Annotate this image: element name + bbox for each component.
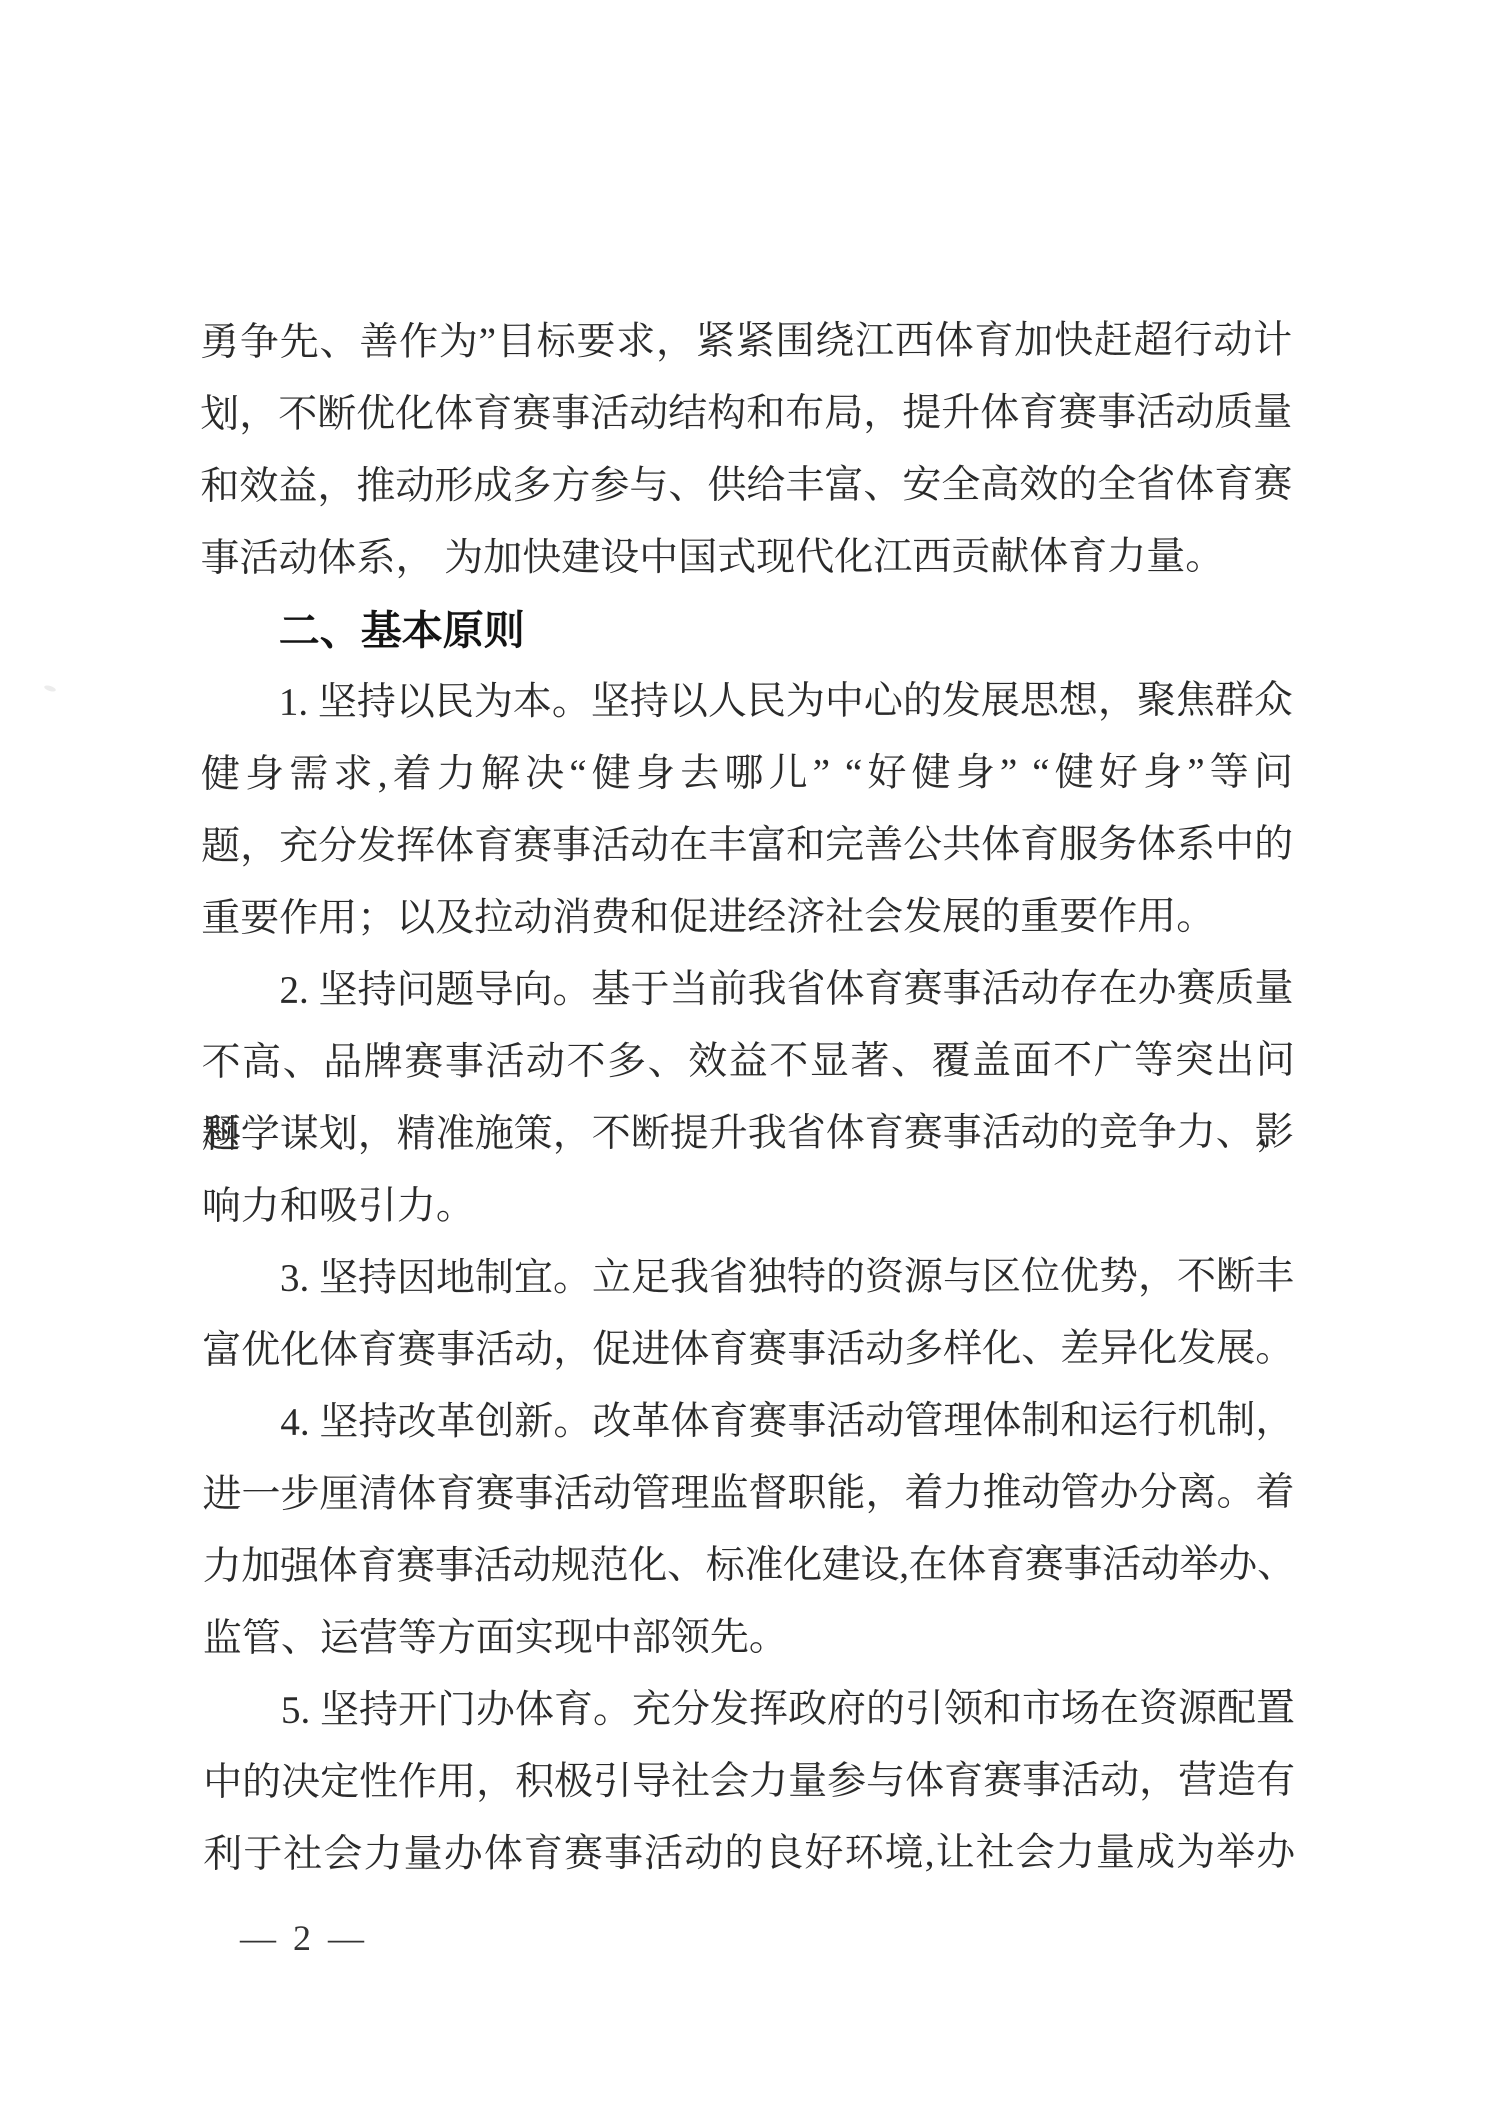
text-line: 和效益，推动形成多方参与、供给丰富、安全高效的全省体育赛 bbox=[200, 449, 1292, 523]
text-line: 2. 坚持问题导向。基于当前我省体育赛事活动存在办赛质量 bbox=[201, 953, 1293, 1027]
text-line: 勇争先、善作为”目标要求，紧紧围绕江西体育加快赶超行动计 bbox=[200, 305, 1292, 379]
text-line: 科学谋划，精准施策，不断提升我省体育赛事活动的竞争力、影 bbox=[202, 1097, 1294, 1171]
text-line: 5. 坚持开门办体育。充分发挥政府的引领和市场在资源配置 bbox=[203, 1673, 1295, 1747]
section-heading: 二、基本原则 bbox=[201, 593, 1293, 667]
text-line: 划，不断优化体育赛事活动结构和布局，提升体育赛事活动质量 bbox=[200, 377, 1292, 451]
text-line: 监管、运营等方面实现中部领先。 bbox=[203, 1601, 1295, 1675]
text-line: 利于社会力量办体育赛事活动的良好环境,让社会力量成为举办 bbox=[203, 1817, 1295, 1891]
text-line: 进一步厘清体育赛事活动管理监督职能，着力推动管办分离。着 bbox=[202, 1457, 1294, 1531]
text-line: 事活动体系， 为加快建设中国式现代化江西贡献体育力量。 bbox=[200, 521, 1292, 595]
document-body: 勇争先、善作为”目标要求，紧紧围绕江西体育加快赶超行动计 划，不断优化体育赛事活… bbox=[200, 305, 1295, 1891]
scan-artifact bbox=[44, 684, 57, 692]
text-line: 健身需求,着力解决“健身去哪儿” “好健身” “健好身”等问 bbox=[201, 737, 1293, 811]
text-line: 响力和吸引力。 bbox=[202, 1169, 1294, 1243]
text-line: 中的决定性作用，积极引导社会力量参与体育赛事活动，营造有 bbox=[203, 1745, 1295, 1819]
text-line: 题，充分发挥体育赛事活动在丰富和完善公共体育服务体系中的 bbox=[201, 809, 1293, 883]
text-line: 1. 坚持以民为本。坚持以人民为中心的发展思想，聚焦群众 bbox=[201, 665, 1293, 739]
text-line: 3. 坚持因地制宜。立足我省独特的资源与区位优势，不断丰 bbox=[202, 1241, 1294, 1315]
text-line: 富优化体育赛事活动，促进体育赛事活动多样化、差异化发展。 bbox=[202, 1313, 1294, 1387]
page-number: — 2 — bbox=[240, 1916, 368, 1960]
text-line: 不高、品牌赛事活动不多、效益不显著、覆盖面不广等突出问题， bbox=[202, 1025, 1294, 1099]
document-page: 勇争先、善作为”目标要求，紧紧围绕江西体育加快赶超行动计 划，不断优化体育赛事活… bbox=[0, 0, 1488, 2105]
text-line: 力加强体育赛事活动规范化、标准化建设,在体育赛事活动举办、 bbox=[203, 1529, 1295, 1603]
text-line: 重要作用；以及拉动消费和促进经济社会发展的重要作用。 bbox=[201, 881, 1293, 955]
text-line: 4. 坚持改革创新。改革体育赛事活动管理体制和运行机制， bbox=[202, 1385, 1294, 1459]
